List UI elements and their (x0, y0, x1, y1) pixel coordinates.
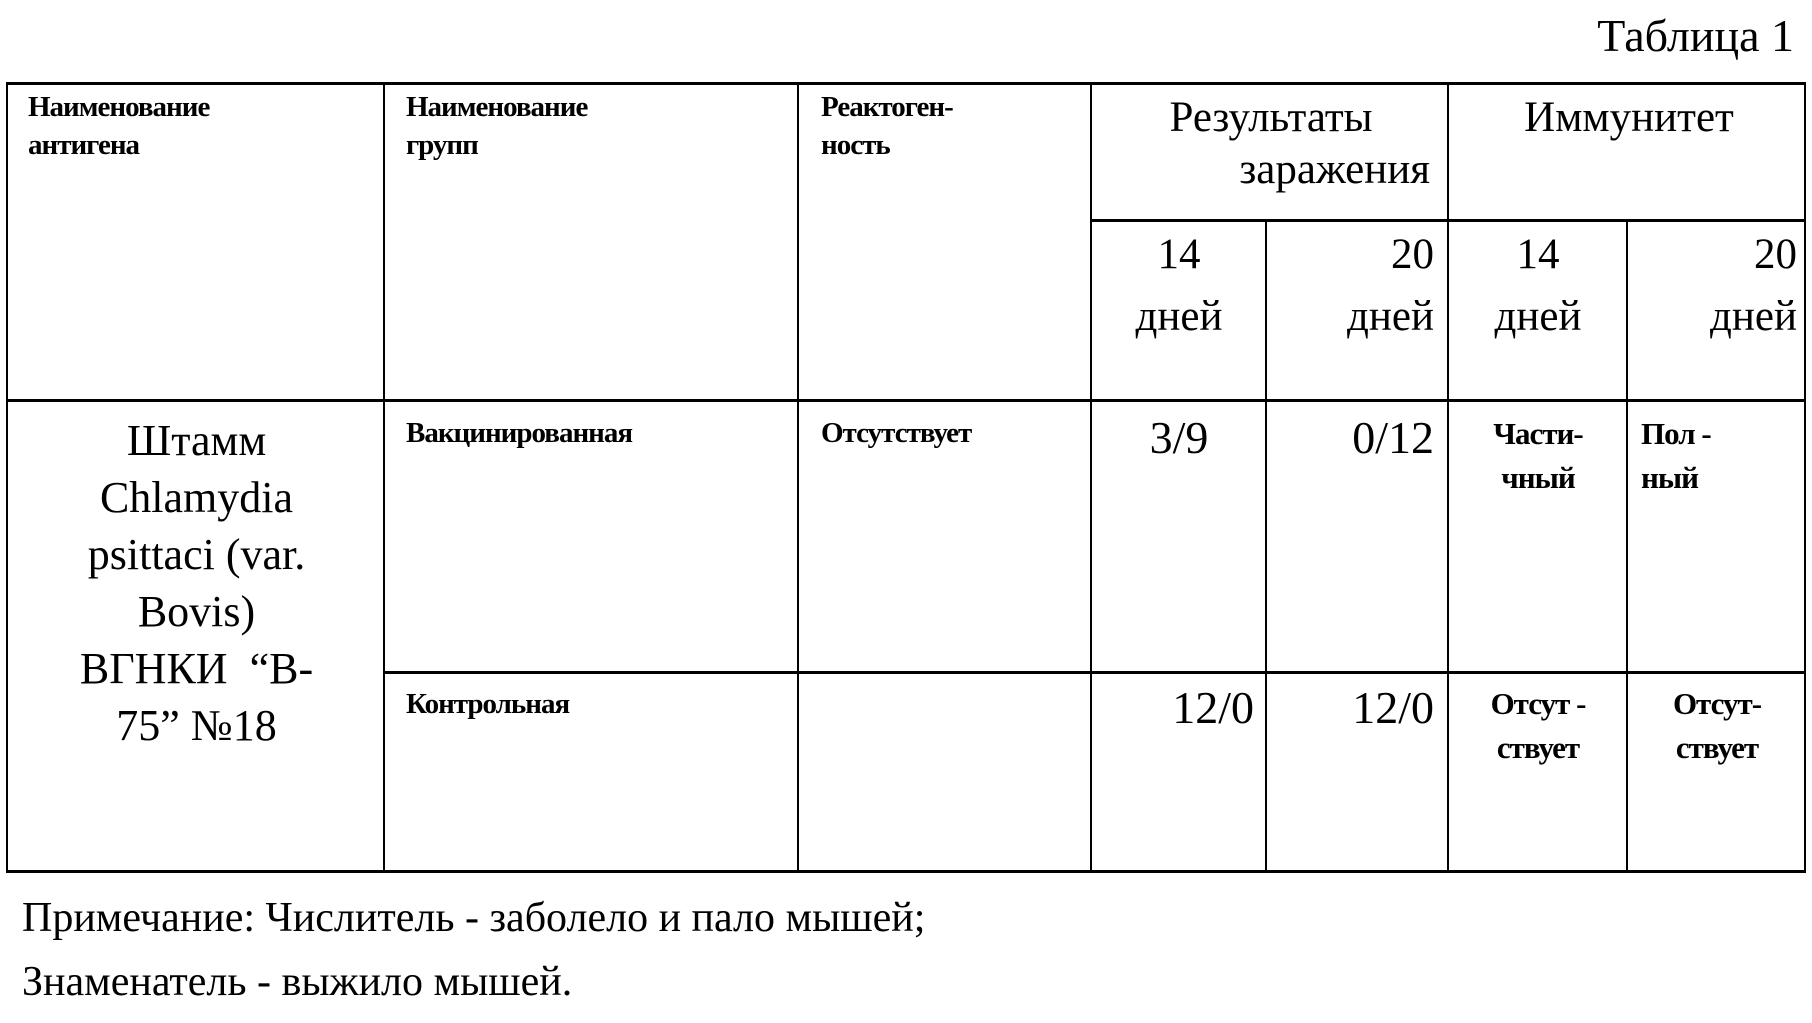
row-vaccinated-infection-14: 3/9 (1096, 412, 1262, 464)
row-control-infection-20: 12/0 (1270, 682, 1442, 734)
immunity-line: Отсут- (1631, 682, 1803, 726)
col-divider (797, 82, 799, 873)
header-group: Наименование групп (406, 88, 786, 164)
results-table: Наименование антигена Наименование групп… (6, 82, 1806, 873)
immunity-line: Части- (1452, 412, 1624, 456)
col-divider (1265, 219, 1267, 873)
header-immunity: Иммунитет (1452, 92, 1806, 144)
antigen-name-line: Chlamydia (10, 469, 383, 526)
col-divider (1626, 219, 1628, 873)
header-antigen: Наименование антигена (28, 88, 378, 164)
table-border-right (1804, 82, 1806, 873)
row-control-infection-14: 12/0 (1096, 682, 1262, 734)
table-border-top (6, 82, 1806, 85)
immunity-line: ствует (1631, 726, 1803, 770)
row-vaccinated-immunity-14: Части- чный (1452, 412, 1624, 500)
immunity-line: ствует (1452, 726, 1624, 770)
row-vaccinated-group: Вакцинированная (406, 415, 632, 451)
row-control-immunity-20: Отсут- ствует (1631, 682, 1803, 770)
immunity-line: Пол - (1641, 412, 1801, 456)
header-antigen-line: Наименование (28, 88, 378, 126)
table-border-bottom (6, 870, 1806, 873)
row-vaccinated-reactogenicity: Отсутствует (821, 415, 971, 451)
row-control-immunity-14: Отсут - ствует (1452, 682, 1624, 770)
days-unit: дней (1452, 286, 1624, 348)
table-caption: Таблица 1 (1597, 8, 1794, 64)
days-number: 20 (1270, 224, 1434, 286)
subheader-immunity-14: 14 дней (1452, 224, 1624, 348)
subheader-immunity-20: 20 дней (1631, 224, 1803, 348)
row-vaccinated-infection-20: 0/12 (1270, 412, 1442, 464)
header-bottom-divider (6, 399, 1806, 402)
immunity-line: Отсут - (1452, 682, 1624, 726)
subheader-infection-14: 14 дней (1096, 224, 1262, 348)
col-divider (1090, 82, 1092, 873)
days-number: 14 (1096, 224, 1262, 286)
table-border-left (6, 82, 8, 873)
header-group-line: Наименование (406, 88, 786, 126)
header-infection-line: заражения (1096, 144, 1446, 196)
row-vaccinated-immunity-20: Пол - ный (1641, 412, 1801, 500)
antigen-name-line: psittaci (var. (10, 526, 383, 583)
col-divider (1447, 82, 1449, 873)
header-antigen-line: антигена (28, 126, 378, 164)
antigen-name-cell: Штамм Chlamydia psittaci (var. Bovis) ВГ… (10, 412, 383, 754)
table-note-line-1: Примечание: Числитель - заболело и пало … (22, 888, 925, 948)
immunity-line: ный (1641, 456, 1801, 500)
days-unit: дней (1096, 286, 1262, 348)
antigen-name-line: Bovis) (10, 583, 383, 640)
row-control-group: Контрольная (406, 686, 569, 722)
days-number: 14 (1452, 224, 1624, 286)
days-unit: дней (1631, 286, 1797, 348)
row-divider (383, 671, 1806, 674)
antigen-name-line: Штамм (10, 412, 383, 469)
header-infection-line: Результаты (1096, 92, 1446, 144)
days-number: 20 (1631, 224, 1797, 286)
header-group-line: групп (406, 126, 786, 164)
immunity-line: чный (1452, 456, 1624, 500)
antigen-name-line: ВГНКИ “В- (10, 640, 383, 697)
antigen-name-line: 75” №18 (10, 697, 383, 754)
header-reactogenicity: Реактоген- ность (821, 88, 1081, 164)
table-note-line-2: Знаменатель - выжило мышей. (22, 952, 572, 1012)
days-unit: дней (1270, 286, 1434, 348)
col-divider (383, 82, 385, 873)
header-reactogenicity-line: ность (821, 126, 1081, 164)
subheader-infection-20: 20 дней (1270, 224, 1442, 348)
header-infection-results: Результаты заражения (1096, 92, 1446, 196)
header-reactogenicity-line: Реактоген- (821, 88, 1081, 126)
